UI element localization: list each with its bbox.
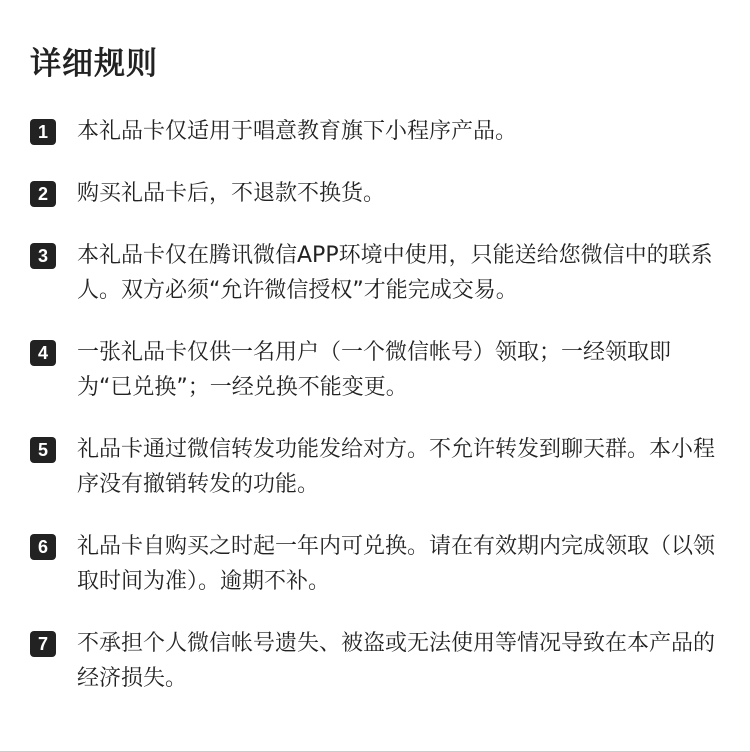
page-title: 详细规则 [30, 42, 158, 86]
rule-text: 本礼品卡仅在腾讯微信APP环境中使用，只能送给您微信中的联系人。双方必须“允许微… [77, 238, 720, 308]
rule-item-4: 4 一张礼品卡仅供一名用户（一个微信帐号）领取；一经领取即为“已兑换”；一经兑换… [30, 335, 720, 405]
rule-item-1: 1 本礼品卡仅适用于唱意教育旗下小程序产品。 [30, 114, 720, 149]
number-badge-icon: 7 [30, 631, 56, 657]
rule-text: 不承担个人微信帐号遗失、被盗或无法使用等情况导致在本产品的经济损失。 [77, 626, 720, 696]
rule-text: 礼品卡通过微信转发功能发给对方。不允许转发到聊天群。本小程序没有撤销转发的功能。 [77, 432, 720, 502]
number-badge-icon: 4 [30, 340, 56, 366]
rule-item-2: 2 购买礼品卡后，不退款不换货。 [30, 176, 720, 211]
rules-list: 1 本礼品卡仅适用于唱意教育旗下小程序产品。 2 购买礼品卡后，不退款不换货。 … [30, 114, 720, 723]
rule-item-5: 5 礼品卡通过微信转发功能发给对方。不允许转发到聊天群。本小程序没有撤销转发的功… [30, 432, 720, 502]
number-badge-icon: 3 [30, 243, 56, 269]
rule-text: 本礼品卡仅适用于唱意教育旗下小程序产品。 [77, 114, 720, 149]
number-badge-icon: 5 [30, 437, 56, 463]
rule-text: 一张礼品卡仅供一名用户（一个微信帐号）领取；一经领取即为“已兑换”；一经兑换不能… [77, 335, 720, 405]
rule-text: 礼品卡自购买之时起一年内可兑换。请在有效期内完成领取（以领取时间为准）。逾期不补… [77, 529, 720, 599]
rule-item-6: 6 礼品卡自购买之时起一年内可兑换。请在有效期内完成领取（以领取时间为准）。逾期… [30, 529, 720, 599]
number-badge-icon: 1 [30, 119, 56, 145]
number-badge-icon: 2 [30, 181, 56, 207]
rule-item-3: 3 本礼品卡仅在腾讯微信APP环境中使用，只能送给您微信中的联系人。双方必须“允… [30, 238, 720, 308]
rule-item-7: 7 不承担个人微信帐号遗失、被盗或无法使用等情况导致在本产品的经济损失。 [30, 626, 720, 696]
number-badge-icon: 6 [30, 534, 56, 560]
rules-page: 详细规则 1 本礼品卡仅适用于唱意教育旗下小程序产品。 2 购买礼品卡后，不退款… [0, 0, 750, 751]
rule-text: 购买礼品卡后，不退款不换货。 [77, 176, 720, 211]
